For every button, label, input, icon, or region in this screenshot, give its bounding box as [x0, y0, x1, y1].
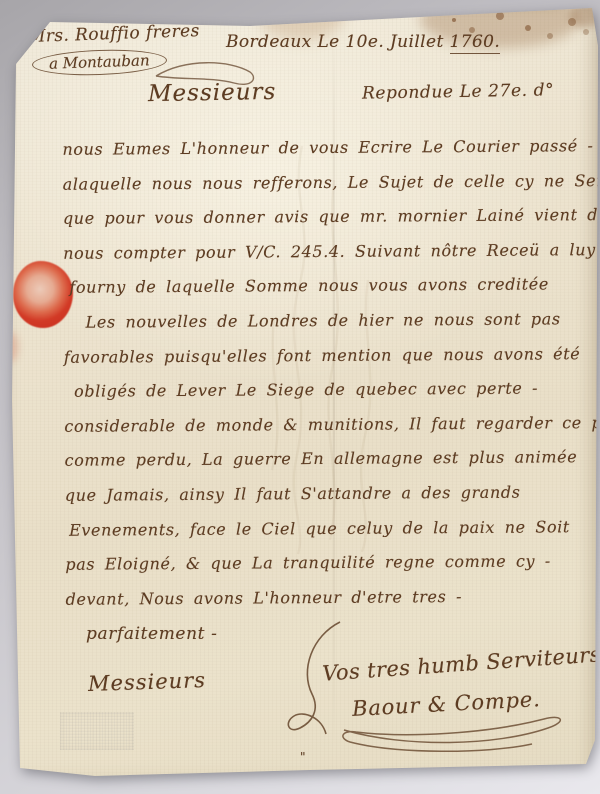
- recipient-name: Mrs. Rouffio freres: [28, 21, 200, 47]
- body-line: fourny de laquelle Somme nous vous avons…: [63, 268, 575, 306]
- recipient-city-encircled: a Montauban: [32, 48, 167, 78]
- seal-smear: [2, 332, 18, 362]
- body-line: pas Eloigné, & que La tranquilité regne …: [65, 544, 577, 582]
- body-line: comme perdu, La guerre En allemagne est …: [64, 441, 576, 479]
- closing-salutation: Messieurs: [88, 668, 207, 696]
- body-line: obligés de Lever Le Siege de quebec avec…: [64, 371, 576, 409]
- body-line: devant, Nous avons L'honneur d'etre tres…: [65, 579, 577, 617]
- body-line: que pour vous donner avis que mr. mornie…: [63, 198, 575, 236]
- footnote-mark: ": [300, 750, 306, 764]
- dateline-text: Bordeaux Le 10e. Juillet: [226, 32, 444, 52]
- impression-rectangle: [60, 712, 134, 750]
- stain-corner-right: [570, 2, 600, 28]
- body-line: que Jamais, ainsy Il faut S'attandre a d…: [65, 475, 577, 513]
- dateline-year-underlined: 1760.: [450, 32, 501, 54]
- paper-wrapper: Mrs. Rouffio freres a Montauban Bordeaux…: [0, 0, 600, 794]
- signature-underline-flourish: [336, 714, 576, 754]
- body-line: alaquelle nous nous refferons, Le Sujet …: [63, 164, 575, 202]
- body-line: favorables puisqu'elles font mention que…: [64, 337, 576, 375]
- body-line: Les nouvelles de Londres de hier ne nous…: [64, 302, 576, 340]
- closing-word: parfaitement -: [86, 624, 217, 644]
- letter-body: nous Eumes L'honneur de vous Ecrire Le C…: [62, 129, 577, 617]
- signature-line-1: Vos tres humb Serviteurs: [322, 642, 600, 685]
- body-line: nous Eumes L'honneur de vous Ecrire Le C…: [62, 129, 574, 167]
- letter-paper: Mrs. Rouffio freres a Montauban Bordeaux…: [0, 0, 600, 794]
- body-line: Evenements, face le Ciel que celuy de la…: [65, 510, 577, 548]
- photo-background: Mrs. Rouffio freres a Montauban Bordeaux…: [0, 0, 600, 794]
- reply-annotation: Repondue Le 27e. d°: [362, 80, 555, 103]
- body-line: nous compter pour V/C. 245.4. Suivant nô…: [63, 233, 575, 271]
- body-line: considerable de monde & munitions, Il fa…: [64, 406, 576, 444]
- stain-specks: [452, 18, 456, 22]
- salutation: Messieurs: [148, 79, 277, 107]
- dateline: Bordeaux Le 10e. Juillet 1760.: [226, 32, 500, 52]
